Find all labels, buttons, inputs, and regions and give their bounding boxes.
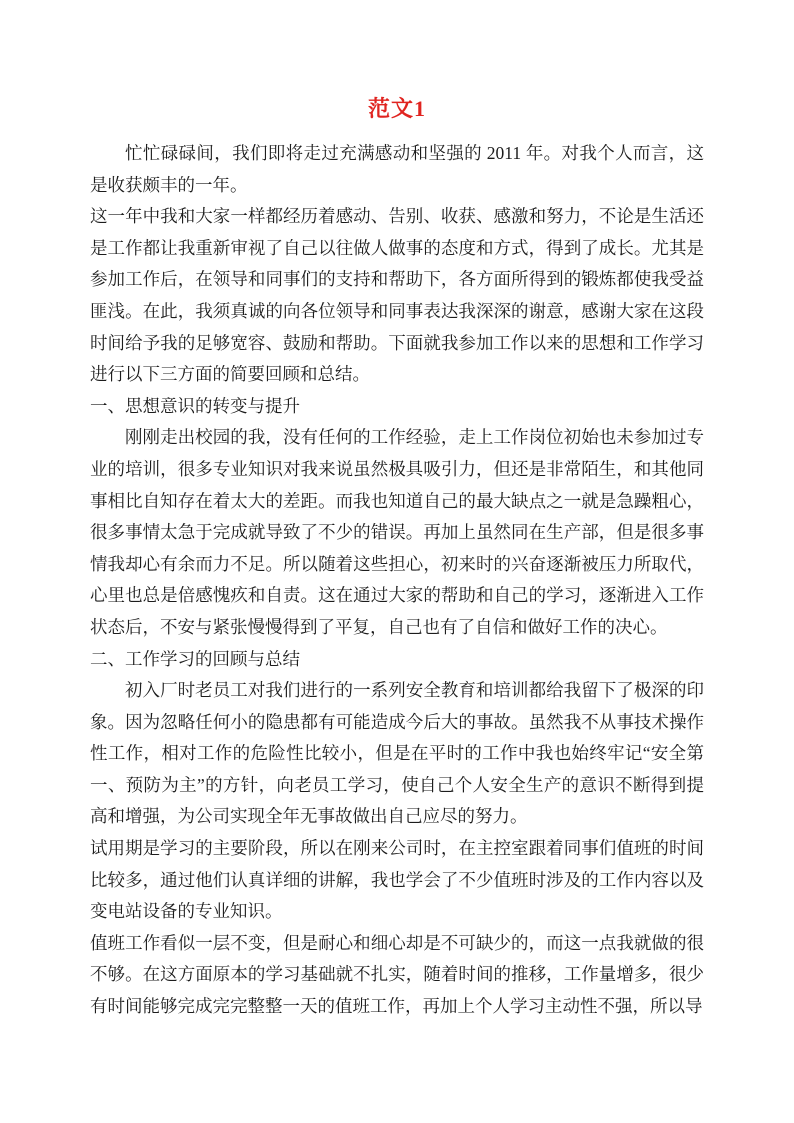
- paragraph-intro: 忙忙碌碌间，我们即将走过充满感动和坚强的 2011 年。对我个人而言，这是收获颇…: [90, 138, 704, 201]
- document-content: 范文1 忙忙碌碌间，我们即将走过充满感动和坚强的 2011 年。对我个人而言，这…: [90, 92, 704, 1023]
- document-page: 范文1 忙忙碌碌间，我们即将走过充满感动和坚强的 2011 年。对我个人而言，这…: [0, 0, 794, 1123]
- section-heading-2: 二、工作学习的回顾与总结: [90, 644, 704, 676]
- paragraph-safety-training: 初入厂时老员工对我们进行的一系列安全教育和培训都给我留下了极深的印象。因为忽略任…: [90, 675, 704, 833]
- paragraph-duty-work: 值班工作看似一层不变，但是耐心和细心却是不可缺少的，而这一点我就做的很不够。在这…: [90, 928, 704, 1023]
- paragraph-mindset: 刚刚走出校园的我，没有任何的工作经验，走上工作岗位初始也未参加过专业的培训，很多…: [90, 422, 704, 643]
- section-heading-1: 一、思想意识的转变与提升: [90, 391, 704, 423]
- document-title: 范文1: [90, 92, 704, 126]
- paragraph-probation: 试用期是学习的主要阶段，所以在刚来公司时，在主控室跟着同事们值班的时间比较多，通…: [90, 833, 704, 928]
- paragraph-year-review: 这一年中我和大家一样都经历着感动、告别、收获、感激和努力，不论是生活还是工作都让…: [90, 201, 704, 391]
